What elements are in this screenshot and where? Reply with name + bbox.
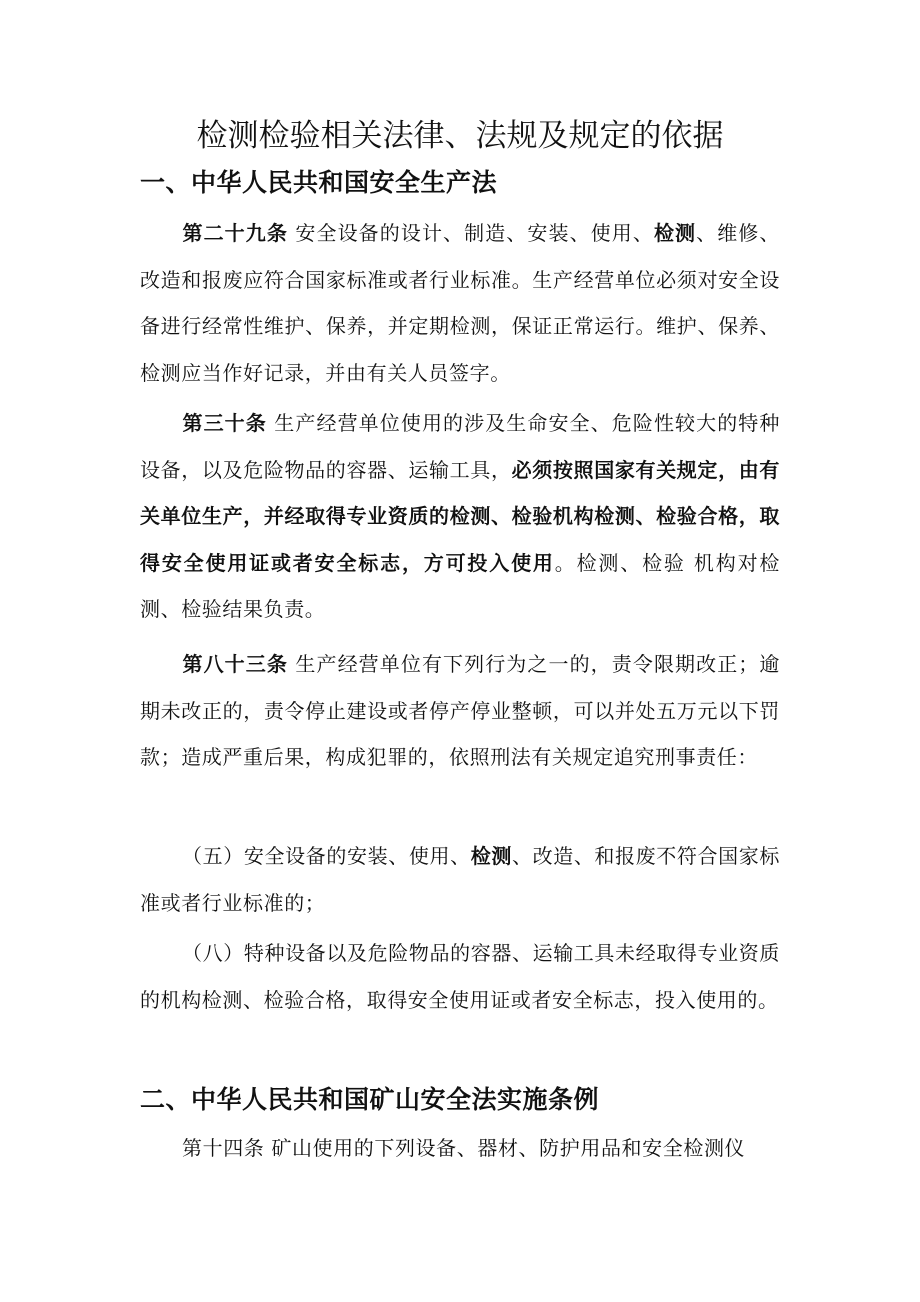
document-title: 检测检验相关法律、法规及规定的依据 [140,114,780,158]
article-14: 第十四条 矿山使用的下列设备、器材、防护用品和安全检测仪 [140,1125,780,1172]
article-83-item-8: （八）特种设备以及危险物品的容器、运输工具未经取得专业资质的机构检测、检验合格，… [140,930,780,1023]
text-segment: （五）安全设备的安装、使用、 [182,844,471,868]
section-heading-2: 二、中华人民共和国矿山安全法实施条例 [140,1080,599,1120]
text-segment-bold: 检测 [471,844,512,868]
article-83: 第八十三条 生产经营单位有下列行为之一的，责令限期改正；逾期未改正的，责令停止建… [140,641,780,781]
article-83-item-5: （五）安全设备的安装、使用、检测、改造、和报废不符合国家标准或者行业标准的； [140,833,780,926]
article-label: 第二十九条 [182,221,288,245]
text-segment: 第十四条 矿山使用的下列设备、器材、防护用品和安全检测仪 [182,1136,745,1160]
text-segment: 安全设备的设计、制造、安装、使用、 [288,221,654,245]
article-label: 第八十三条 [182,652,288,676]
article-29: 第二十九条 安全设备的设计、制造、安装、使用、检测、维修、改造和报废应符合国家标… [140,210,780,396]
document-page: 检测检验相关法律、法规及规定的依据 一、中华人民共和国安全生产法 第二十九条 安… [0,0,920,1302]
article-label: 第三十条 [182,411,267,435]
text-segment-bold: 检测 [654,221,696,245]
text-segment: （八）特种设备以及危险物品的容器、运输工具未经取得专业资质的机构检测、检验合格，… [140,941,780,1012]
section-heading-1: 一、中华人民共和国安全生产法 [140,163,497,203]
text-segment: 、维修、改造和报废应符合国家标准或者行业标准。生产经营单位必须对安全设备进行经常… [140,221,780,385]
article-30: 第三十条 生产经营单位使用的涉及生命安全、危险性较大的特种设备，以及危险物品的容… [140,400,780,633]
